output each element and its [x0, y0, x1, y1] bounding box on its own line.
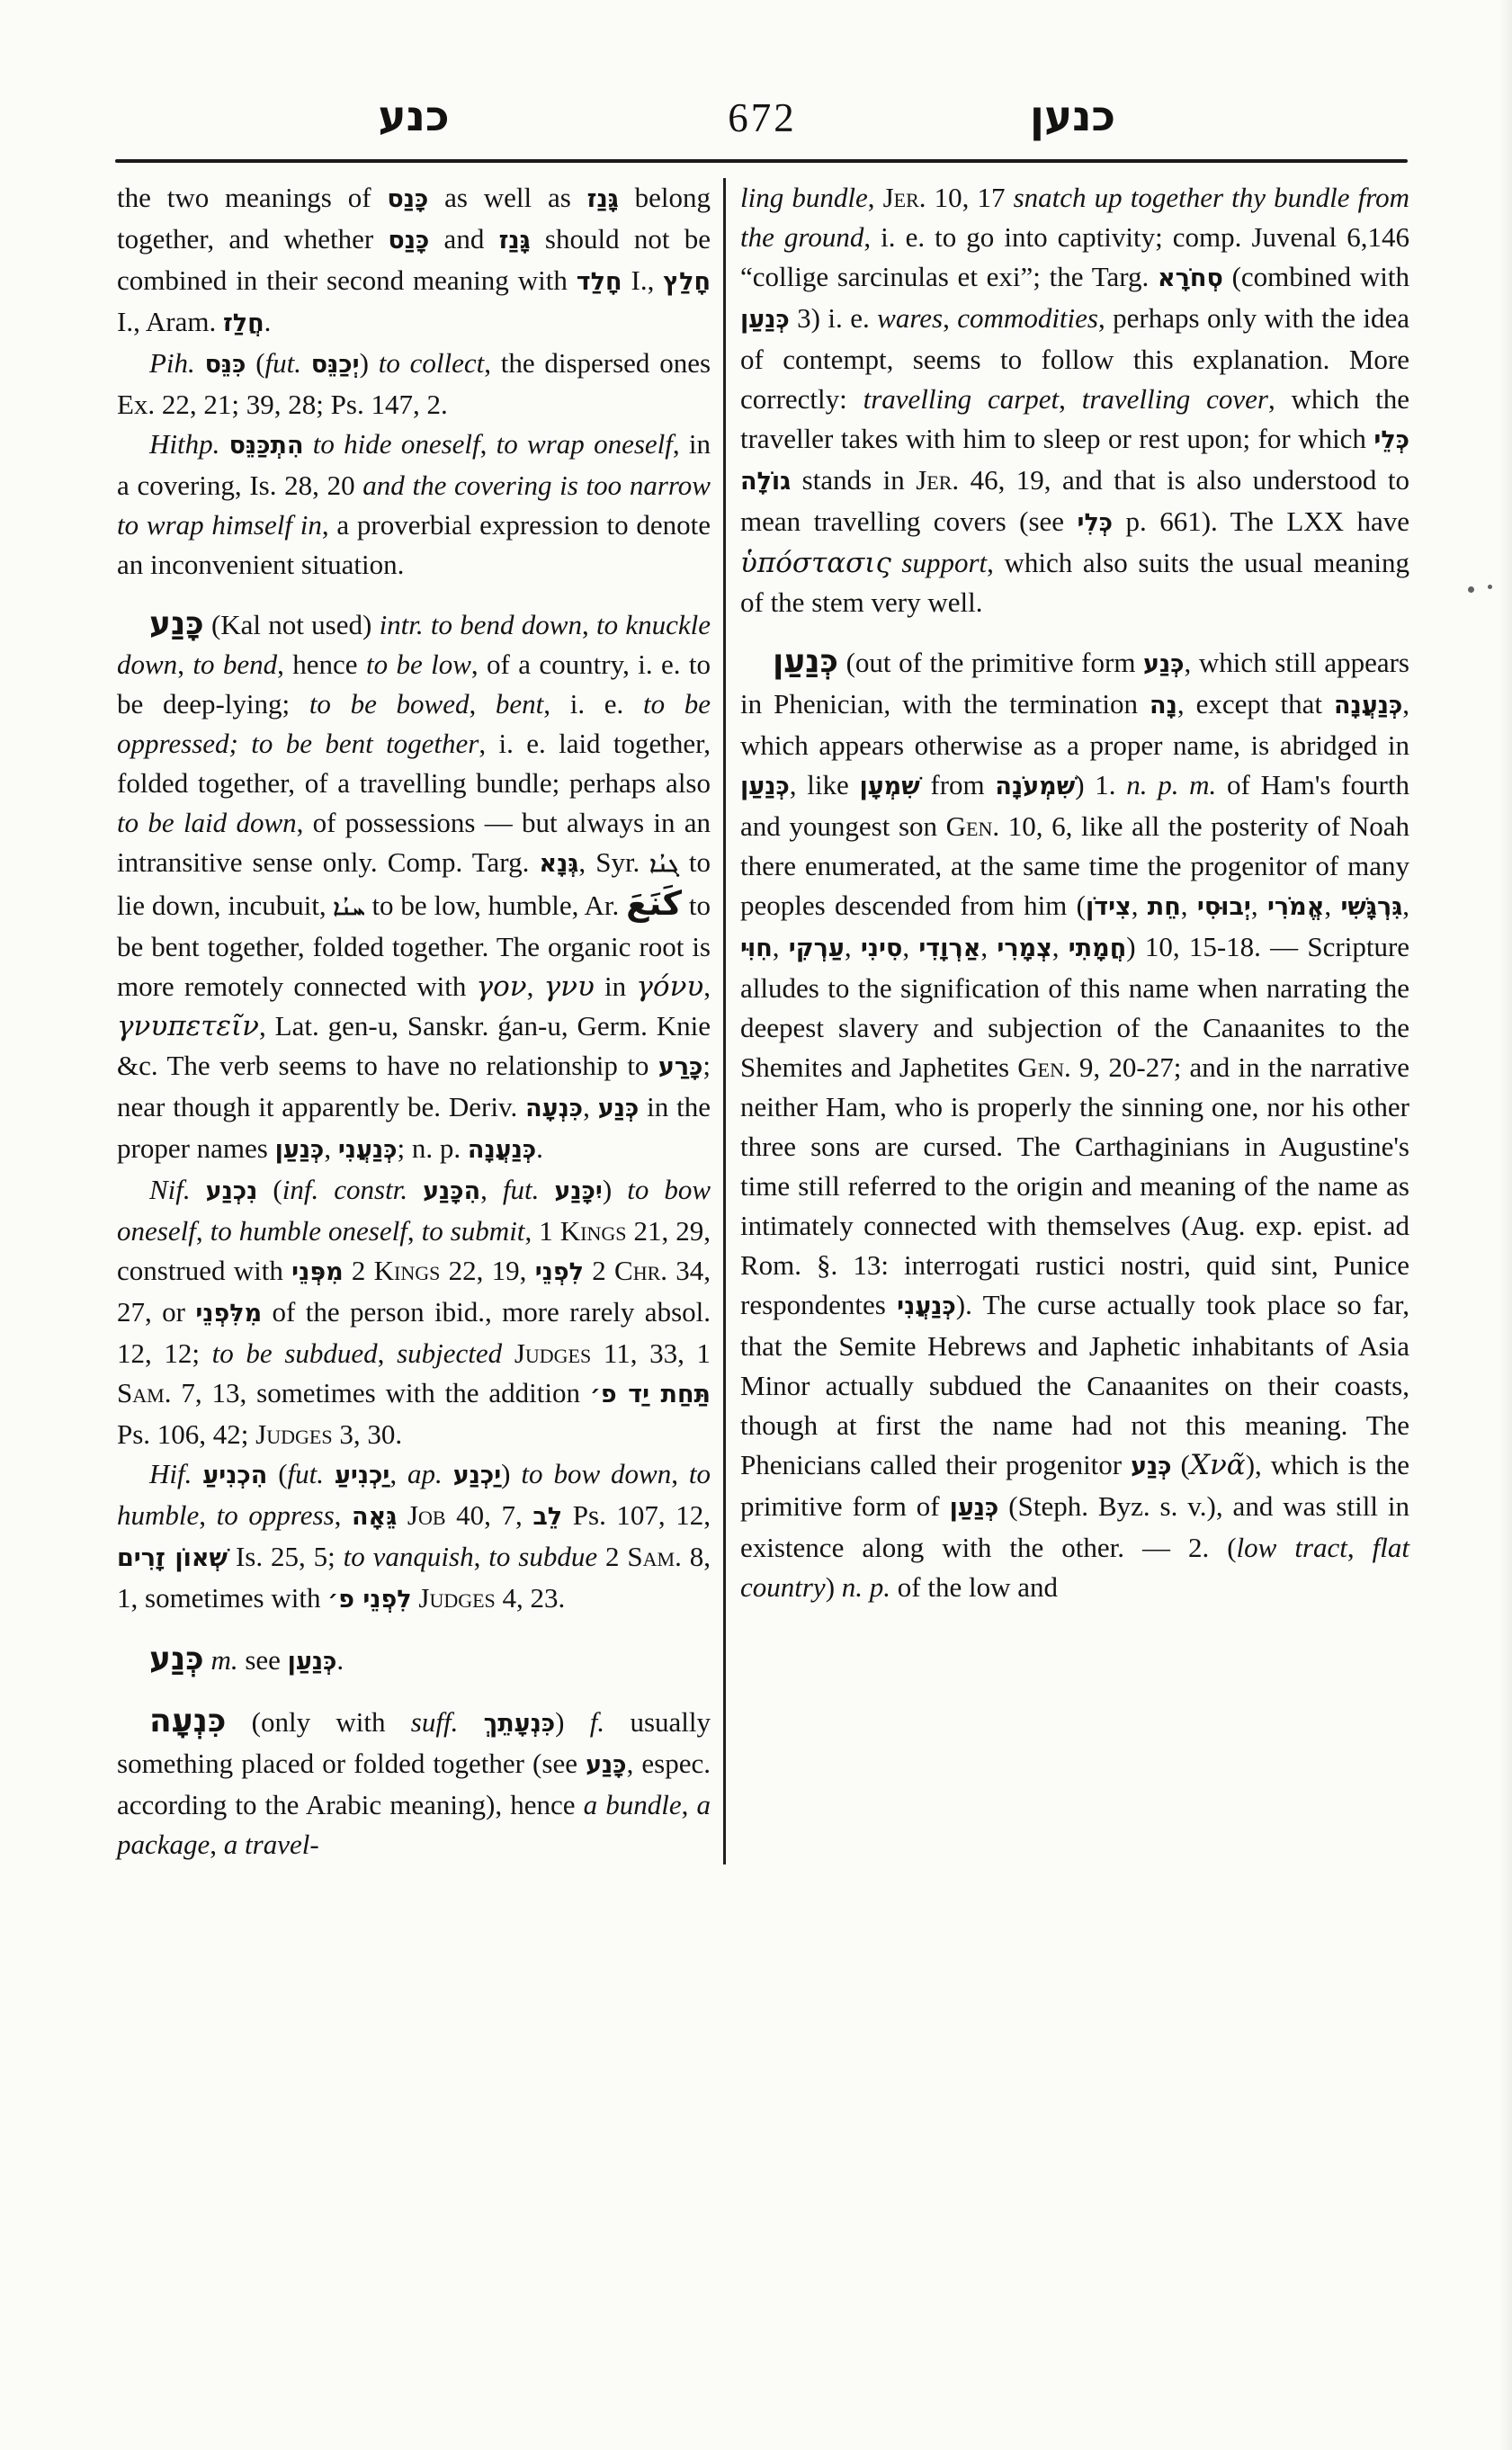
- text-run: Judges: [255, 1418, 332, 1450]
- text-run: Pih.: [149, 347, 205, 379]
- text-run: fut.: [503, 1174, 555, 1205]
- text-run: to be laid down: [117, 807, 297, 838]
- text-run: 7, 13, sometimes with the addition: [171, 1377, 589, 1408]
- text-run: [458, 1706, 483, 1738]
- hebrew-text: נִכְנַע: [206, 1177, 258, 1205]
- text-run: as well as: [428, 182, 586, 213]
- hebrew-text: כִּנְעָתֵךְ: [484, 1710, 556, 1738]
- text-run: ,: [1402, 890, 1409, 921]
- text-run: ,: [480, 428, 497, 460]
- hebrew-text: אֱמֹרִי: [1267, 893, 1324, 921]
- hebrew-text: כְּנַעַן: [740, 306, 790, 334]
- text-run: Ps. 107, 12,: [562, 1499, 711, 1531]
- text-run: I.,: [622, 264, 664, 296]
- hebrew-text: הִכְנִיעַ: [202, 1462, 267, 1489]
- text-run: .: [264, 306, 272, 337]
- text-run: ,: [210, 1829, 224, 1860]
- text-run: ): [360, 347, 379, 379]
- hebrew-text: חֲמָתִי: [1069, 934, 1126, 962]
- text-run: a travel-: [224, 1829, 319, 1860]
- text-run: (combined with: [1223, 261, 1409, 292]
- hebrew-text: יַכְנַע: [453, 1462, 501, 1489]
- text-run: (Kal not used): [204, 609, 380, 640]
- hebrew-text: שִׁמְעֹנָה: [995, 773, 1075, 800]
- hebrew-text: כִּנְעָה: [149, 1703, 226, 1739]
- text-run: stands in: [791, 464, 916, 496]
- text-run: Hif.: [149, 1458, 202, 1489]
- text-run: [304, 428, 313, 460]
- hebrew-text: אַרְוָדִי: [918, 934, 980, 962]
- column-right: ling bundle, Jer. 10, 17 snatch up toget…: [740, 178, 1409, 1864]
- hebrew-text: חָלַץ: [663, 268, 711, 296]
- text-run: ,: [671, 1458, 689, 1489]
- hebrew-text: כְּנַעֲנִי: [338, 1136, 398, 1164]
- text-columns: the two meanings of כָּנַס as well as גָ…: [117, 178, 1409, 1864]
- hebrew-text: כְּנַעַן: [275, 1136, 325, 1164]
- text-run: ): [501, 1458, 521, 1489]
- text-run: support: [901, 547, 987, 578]
- dictionary-page: כנע 672 כנען the two meanings of כָּנַס …: [0, 0, 1512, 2450]
- text-run: the two meanings of: [117, 182, 387, 213]
- text-run: ,: [1347, 1532, 1373, 1563]
- header-rule: [115, 159, 1408, 163]
- hebrew-text: כְּנַע: [1131, 1453, 1172, 1480]
- text-run: 22, 19,: [440, 1255, 534, 1286]
- scan-speck: [1488, 585, 1492, 589]
- text-run: ,: [469, 688, 495, 720]
- text-run: commodities: [957, 302, 1098, 334]
- text-run: ): [555, 1706, 590, 1738]
- text-run: ,: [868, 182, 883, 213]
- text-run: to hide oneself: [313, 428, 480, 460]
- text-run: inf. constr.: [282, 1174, 423, 1205]
- syriac-text: ܓܢܳܐ: [649, 852, 678, 877]
- greek-text: γνυ: [544, 970, 595, 1003]
- text-run: (: [257, 1174, 282, 1205]
- text-run: ap.: [407, 1458, 453, 1489]
- text-run: ,: [474, 1541, 489, 1572]
- hebrew-text: גִּרְגָּשִׁי: [1340, 893, 1402, 921]
- paragraph: the two meanings of כָּנַס as well as גָ…: [117, 178, 711, 344]
- text-run: Sam.: [117, 1377, 171, 1408]
- hebrew-text: כָּנַע: [586, 1751, 627, 1779]
- hebrew-text: יְבוּסִי: [1197, 893, 1251, 921]
- text-run: Ps. 106, 42;: [117, 1418, 255, 1450]
- text-run: ,: [335, 1499, 352, 1531]
- scan-speck: [1468, 586, 1474, 593]
- text-run: (only with: [226, 1706, 410, 1738]
- text-run: ling bundle: [740, 182, 868, 213]
- text-run: ): [826, 1571, 842, 1603]
- text-run: fut.: [265, 347, 311, 379]
- hebrew-text: כְּנַעֲנָה: [1334, 692, 1402, 720]
- hebrew-text: שִׁמְעָן: [859, 773, 919, 800]
- text-run: a bundle: [584, 1789, 682, 1820]
- text-run: to oppress: [217, 1499, 335, 1531]
- text-run: wares: [877, 302, 943, 334]
- arabic-text: كَنَعَ: [626, 884, 682, 923]
- hebrew-text: יִכָּנַע: [554, 1177, 602, 1205]
- hebrew-text: לִפְנֵי: [535, 1258, 584, 1286]
- text-run: (: [1172, 1449, 1190, 1480]
- hebrew-text: כִּנְעָה: [525, 1095, 583, 1122]
- column-left: the two meanings of כָּנַס as well as גָ…: [117, 178, 711, 1864]
- text-run: Kings: [560, 1215, 627, 1247]
- text-run: Jer.: [916, 464, 959, 496]
- text-run: .: [336, 1644, 344, 1676]
- paragraph: Nif. נִכְנַע (inf. constr. הִכָּנַע, fut…: [117, 1170, 711, 1454]
- text-run: in: [595, 970, 637, 1002]
- column-divider: [723, 178, 726, 1864]
- text-run: to submit: [422, 1215, 525, 1247]
- text-run: of the low and: [890, 1571, 1058, 1603]
- hebrew-text: חָלַד: [577, 268, 622, 296]
- entry-paragraph: כִּנְעָה (only with suff. כִּנְעָתֵךְ) f…: [117, 1702, 711, 1864]
- text-run: .: [536, 1132, 543, 1164]
- text-run: Judges: [418, 1582, 495, 1614]
- hebrew-text: נָה: [1150, 692, 1177, 720]
- text-run: ; n. p.: [398, 1132, 468, 1164]
- hebrew-text: כְּנַעַן: [950, 1494, 999, 1522]
- text-run: ,: [1251, 890, 1267, 921]
- text-run: , except that: [1177, 688, 1334, 720]
- text-run: , Syr.: [578, 846, 649, 878]
- hebrew-text: כְּלִי: [1078, 509, 1114, 537]
- text-run: to humble oneself: [210, 1215, 407, 1247]
- text-run: Gen.: [946, 810, 999, 842]
- text-run: 11, 33, 1: [591, 1337, 711, 1369]
- text-run: ,: [389, 1458, 407, 1489]
- hebrew-text: כְּנַע: [1143, 650, 1185, 678]
- text-run: ,: [1059, 383, 1082, 415]
- hebrew-text: גָּנַז: [499, 227, 531, 255]
- text-run: ,: [682, 1789, 697, 1820]
- text-run: Hithp.: [149, 428, 229, 460]
- text-run: to be low, humble, Ar.: [365, 890, 627, 921]
- text-run: Chr.: [614, 1255, 667, 1286]
- hebrew-text: הִתְכַּנֵּס: [229, 432, 304, 460]
- hebrew-text: סִינִי: [861, 934, 903, 962]
- hebrew-text: יְכַנֵּס: [311, 351, 360, 379]
- text-run: ,: [773, 931, 789, 962]
- hebrew-text: כְּנַעַן: [773, 643, 838, 680]
- text-run: [502, 1337, 514, 1369]
- hebrew-text: עַרְקִי: [789, 934, 845, 962]
- text-run: to vanquish: [344, 1541, 474, 1572]
- text-run: to be low: [366, 648, 471, 680]
- entry-paragraph: כָּנַע (Kal not used) intr. to bend down…: [117, 604, 711, 1170]
- text-run: ,: [1052, 931, 1069, 962]
- paragraph: ling bundle, Jer. 10, 17 snatch up toget…: [740, 178, 1409, 622]
- text-run: I., Aram.: [117, 306, 223, 337]
- text-run: [397, 1499, 407, 1531]
- hebrew-text: גָּנַז: [587, 185, 619, 213]
- text-run: ,: [902, 931, 918, 962]
- text-run: ): [603, 1174, 627, 1205]
- hebrew-text: מִפְּנֵי: [291, 1258, 343, 1286]
- text-run: and: [429, 223, 498, 255]
- hebrew-text: כְּנַעֲנָה: [468, 1136, 536, 1164]
- text-run: ,: [527, 970, 544, 1002]
- syriac-text: ܚܢܳܐ: [334, 895, 365, 920]
- paragraph: Hif. הִכְנִיעַ (fut. יַכְנִיעַ, ap. יַכְ…: [117, 1454, 711, 1620]
- hebrew-text: לֵב: [532, 1503, 562, 1531]
- hebrew-text: כְּנַע: [598, 1095, 640, 1122]
- hebrew-text: גֵּאָה: [352, 1503, 397, 1531]
- text-run: Sam.: [627, 1541, 681, 1572]
- hebrew-text: צְמָרִי: [997, 934, 1051, 962]
- text-run: Gen.: [1017, 1051, 1070, 1083]
- text-run: , i. e.: [543, 688, 643, 720]
- text-run: 2: [584, 1255, 614, 1286]
- greek-text: ὑπόστασις: [740, 547, 891, 579]
- text-run: subjected: [397, 1337, 502, 1369]
- text-run: 9, 20-27; and in the narrative neither H…: [740, 1051, 1409, 1320]
- text-run: to collect: [379, 347, 485, 379]
- text-run: ) 1.: [1075, 769, 1126, 800]
- hebrew-text: כְּנַע: [149, 1641, 204, 1677]
- hebrew-text: כָּנַס: [387, 185, 428, 213]
- text-run: ,: [980, 931, 997, 962]
- text-run: n. p. m.: [1126, 769, 1216, 800]
- header-keyword-right: כנען: [738, 83, 1408, 151]
- text-run: travelling carpet: [863, 383, 1060, 415]
- text-run: ,: [943, 302, 957, 334]
- text-run: ,: [582, 609, 596, 640]
- running-header: כנע 672 כנען: [117, 83, 1408, 155]
- hebrew-text: כְּנַעַן: [288, 1648, 337, 1676]
- text-run: , 1: [524, 1215, 559, 1247]
- text-run: ,: [177, 648, 192, 680]
- text-run: to wrap oneself: [497, 428, 673, 460]
- hebrew-text: שְׁאוֹן זָרִים: [117, 1544, 228, 1572]
- text-run: p. 661). The LXX have: [1113, 505, 1409, 537]
- text-run: 3, 30.: [333, 1418, 403, 1450]
- hebrew-text: צִידֹן: [1086, 893, 1132, 921]
- text-run: low tract: [1237, 1532, 1347, 1563]
- text-run: ,: [378, 1337, 397, 1369]
- text-run: bent: [496, 688, 543, 720]
- text-run: to be bowed: [309, 688, 470, 720]
- text-run: to bow down: [521, 1458, 671, 1489]
- text-run: ,: [845, 931, 861, 962]
- scan-edge-shading: [1499, 0, 1512, 2450]
- entry-paragraph: כְּנַעַן (out of the primitive form כְּנ…: [740, 642, 1409, 1607]
- greek-text: Χνᾶ: [1190, 1449, 1246, 1481]
- text-run: (: [267, 1458, 287, 1489]
- text-run: intr. to bend down: [380, 609, 582, 640]
- text-run: fut.: [288, 1458, 335, 1489]
- text-run: 2: [597, 1541, 627, 1572]
- text-run: n. p.: [842, 1571, 890, 1603]
- text-run: ,: [1132, 890, 1148, 921]
- hebrew-text: הִכָּנַע: [423, 1177, 480, 1205]
- hebrew-text: כָּנַע: [149, 605, 204, 642]
- text-run: 4, 23.: [496, 1582, 566, 1614]
- hebrew-text: גְּנָא: [539, 850, 578, 878]
- text-run: to be subdued: [212, 1337, 378, 1369]
- text-run: [891, 547, 902, 578]
- hebrew-text: חֲלַז: [223, 309, 264, 337]
- hebrew-text: סְחֹרָא: [1158, 264, 1223, 292]
- text-run: Jer.: [883, 182, 926, 213]
- hebrew-text: לִפְנֵי פ׳: [327, 1586, 411, 1614]
- text-run: suff.: [411, 1706, 459, 1738]
- hebrew-text: כְּנַעֲנִי: [897, 1292, 956, 1320]
- hebrew-text: תַּחַת יַד פ׳: [590, 1381, 711, 1408]
- text-run: (out of the primitive form: [838, 647, 1143, 678]
- text-run: ,: [1324, 890, 1340, 921]
- greek-text: γνυπετεῖν: [117, 1010, 259, 1042]
- hebrew-text: חִוִּי: [740, 934, 773, 962]
- text-run: to subdue: [488, 1541, 597, 1572]
- text-run: from: [920, 769, 996, 800]
- hebrew-text: כָּנַס: [388, 227, 429, 255]
- text-run: Is. 25, 5;: [228, 1541, 344, 1572]
- hebrew-text: כָּרַע: [658, 1053, 703, 1081]
- text-run: 2: [344, 1255, 374, 1286]
- text-run: 3) i. e.: [790, 302, 877, 334]
- text-run: ,: [324, 1132, 338, 1164]
- text-run: ,: [480, 1174, 503, 1205]
- text-run: travelling cover: [1082, 383, 1268, 415]
- text-run: Kings: [374, 1255, 441, 1286]
- hebrew-text: יַכְנִיעַ: [335, 1462, 389, 1489]
- text-run: ,: [703, 970, 711, 1002]
- text-run: to bend: [192, 648, 277, 680]
- text-run: f.: [590, 1706, 604, 1738]
- text-run: ,: [1181, 890, 1197, 921]
- hebrew-text: כִּנֵּס: [205, 351, 246, 379]
- greek-text: γόνυ: [636, 970, 703, 1003]
- paragraph: Hithp. הִתְכַּנֵּס to hide oneself, to w…: [117, 425, 711, 585]
- hebrew-text: מִלִּפְנֵי: [195, 1300, 262, 1328]
- text-run: Job: [407, 1499, 446, 1531]
- text-run: , hence: [277, 648, 366, 680]
- text-run: ,: [407, 1215, 422, 1247]
- text-run: (: [246, 347, 264, 379]
- text-run: ,: [199, 1499, 216, 1531]
- text-run: ,: [196, 1215, 210, 1247]
- text-run: Nif.: [149, 1174, 206, 1205]
- text-run: 40, 7,: [446, 1499, 533, 1531]
- hebrew-text: חֵת: [1148, 893, 1181, 921]
- greek-text: γον: [477, 970, 527, 1003]
- text-run: m.: [210, 1644, 237, 1676]
- entry-paragraph: כְּנַע m. see כְּנַעַן.: [117, 1640, 711, 1682]
- text-run: , like: [790, 769, 860, 800]
- hebrew-text: כְּנַעַן: [740, 773, 790, 800]
- text-run: ,: [583, 1091, 598, 1122]
- text-run: see: [238, 1644, 288, 1676]
- text-run: 10, 17: [926, 182, 1014, 213]
- text-run: Judges: [514, 1337, 591, 1369]
- paragraph: Pih. כִּנֵּס (fut. יְכַנֵּס) to collect,…: [117, 344, 711, 425]
